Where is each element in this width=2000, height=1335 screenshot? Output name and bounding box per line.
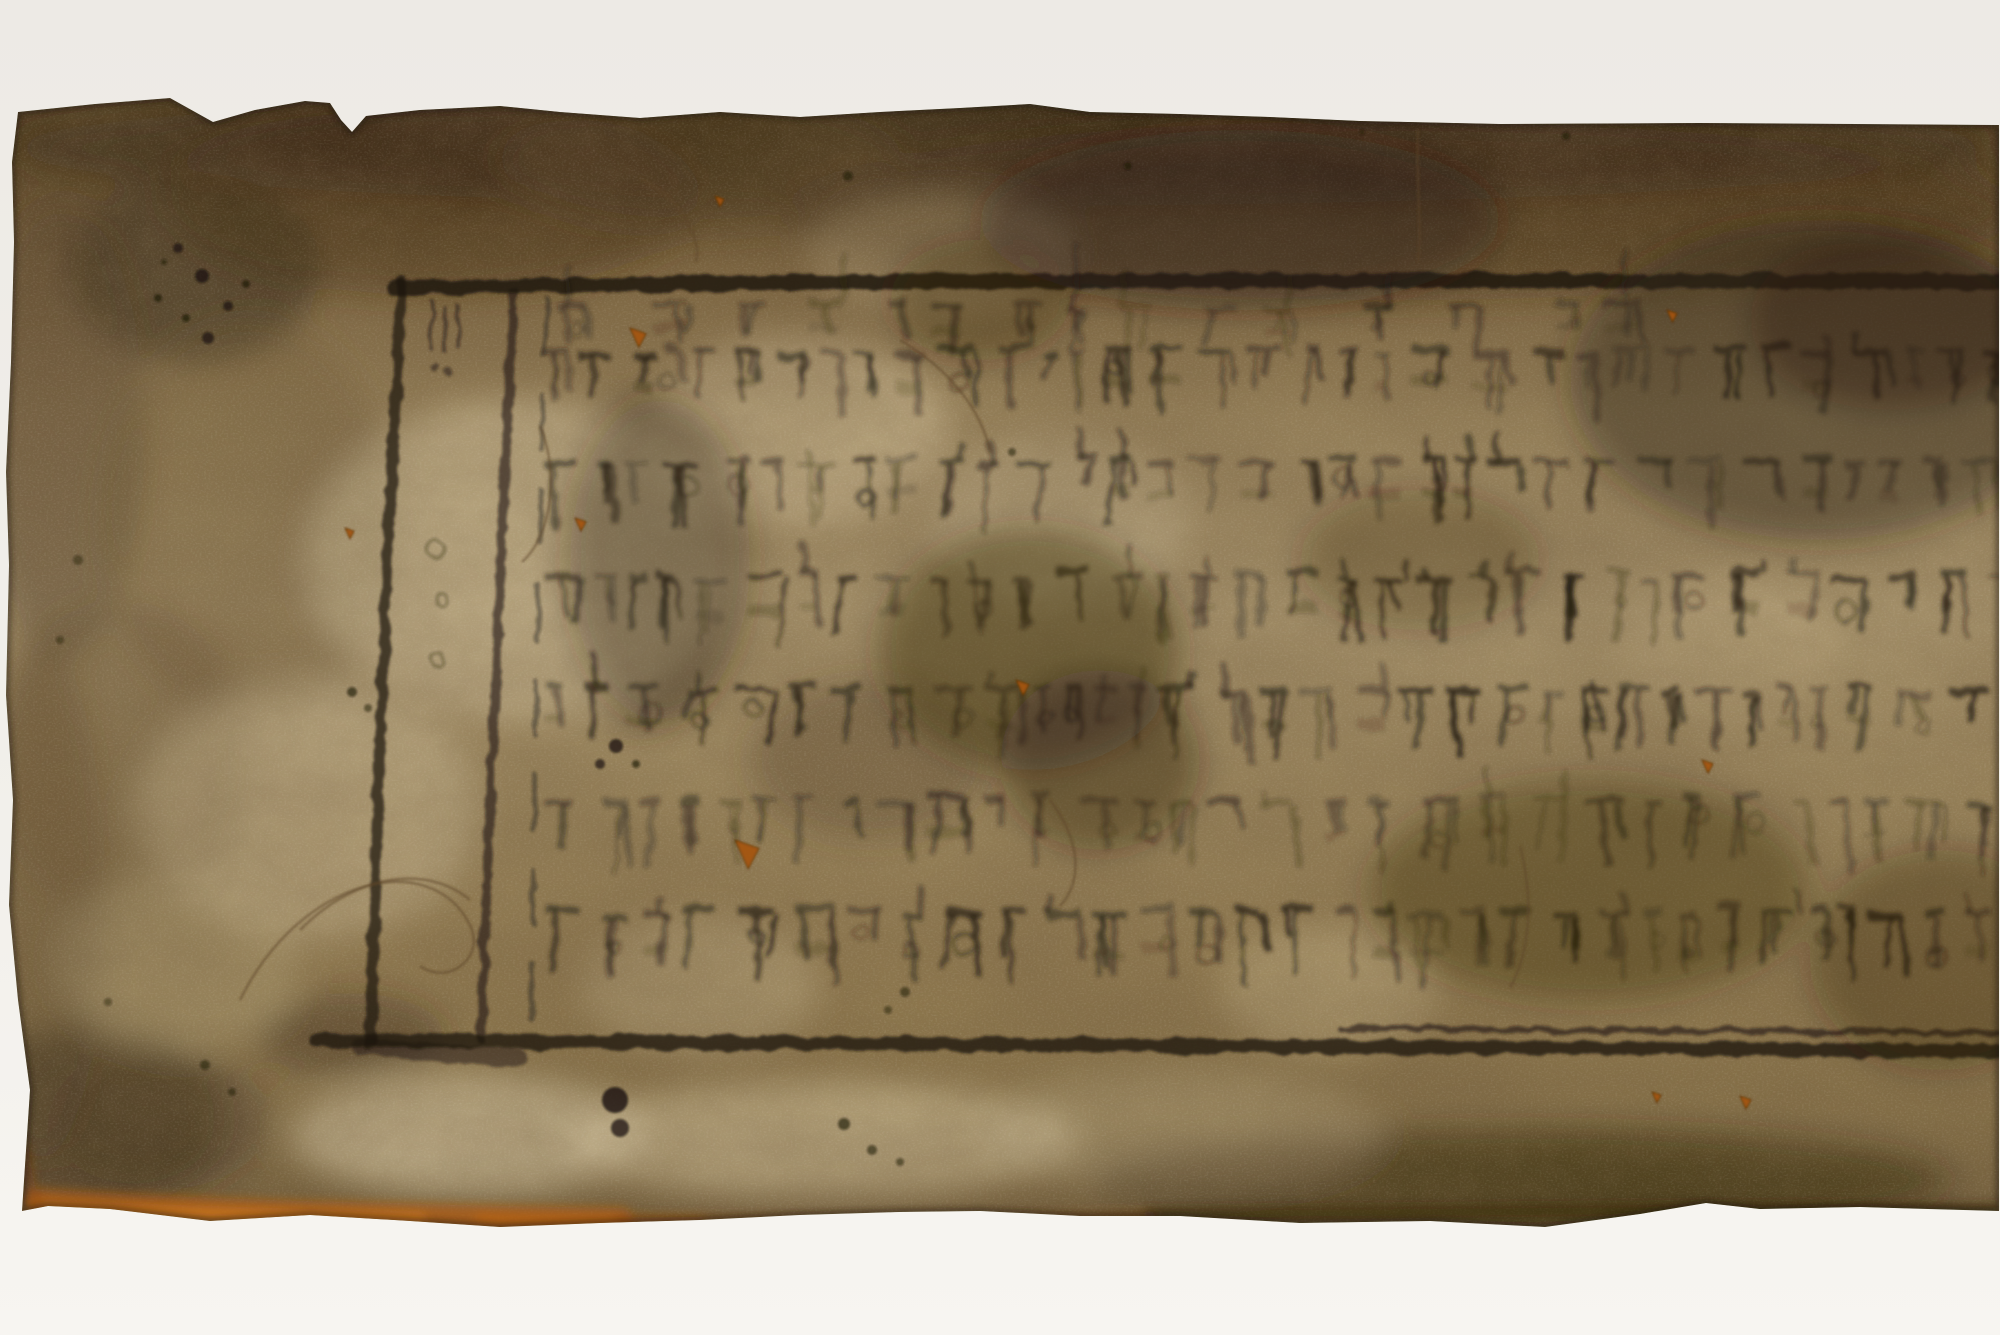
- manuscript-photograph: [0, 0, 2000, 1335]
- paper-sheet: [0, 60, 2000, 1250]
- manuscript-scene: [0, 0, 2000, 1335]
